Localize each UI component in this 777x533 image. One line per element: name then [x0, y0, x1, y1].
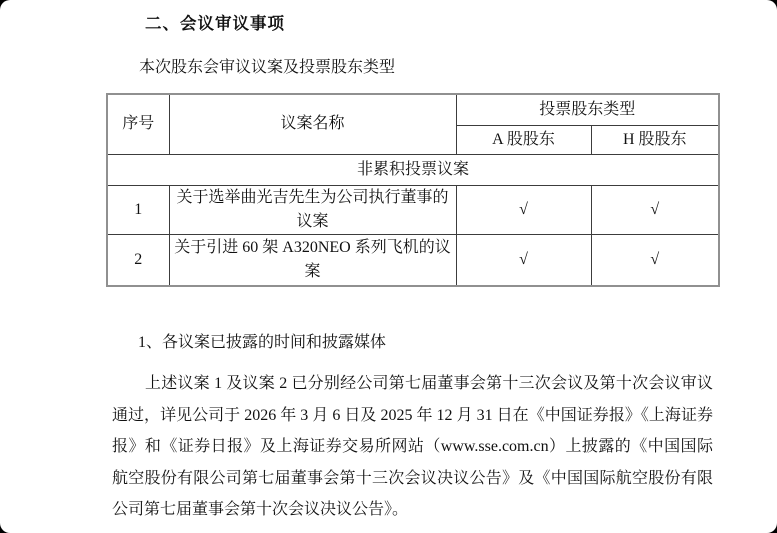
h-share-vote-cell: √	[591, 185, 719, 234]
proposals-table: 序号 议案名称 投票股东类型 A 股股东 H 股股东 非累积投票议案 1 关于选…	[106, 93, 720, 287]
document-page: 二、会议审议事项 本次股东会审议议案及投票股东类型 序号 议案名称 投票股东类型…	[0, 0, 777, 533]
disclosure-paragraph: 上述议案 1 及议案 2 已分别经公司第七届董事会第十三次会议及第十次会议审议通…	[112, 368, 713, 526]
h-share-column-header: H 股股东	[591, 125, 719, 154]
intro-text: 本次股东会审议议案及投票股东类型	[139, 53, 395, 76]
seq-cell: 2	[107, 234, 169, 286]
group-row: 非累积投票议案	[107, 154, 719, 185]
group-label: 非累积投票议案	[107, 154, 719, 185]
a-share-column-header: A 股股东	[456, 125, 591, 154]
section-heading: 二、会议审议事项	[145, 9, 285, 33]
h-share-vote-cell: √	[591, 234, 719, 286]
table-row: 2 关于引进 60 架 A320NEO 系列飞机的议案 √ √	[107, 234, 719, 286]
seq-cell: 1	[107, 185, 169, 234]
table-row: 1 关于选举曲光吉先生为公司执行董事的议案 √ √	[107, 185, 719, 234]
name-column-header: 议案名称	[169, 94, 456, 154]
a-share-vote-cell: √	[456, 185, 591, 234]
seq-column-header: 序号	[107, 94, 169, 154]
sub-heading: 1、各议案已披露的时间和披露媒体	[138, 330, 386, 351]
proposals-table-wrapper: 序号 议案名称 投票股东类型 A 股股东 H 股股东 非累积投票议案 1 关于选…	[106, 93, 718, 287]
proposal-name-cell: 关于选举曲光吉先生为公司执行董事的议案	[169, 185, 456, 234]
proposal-name-cell: 关于引进 60 架 A320NEO 系列飞机的议案	[169, 234, 456, 286]
a-share-vote-cell: √	[456, 234, 591, 286]
vote-type-column-header: 投票股东类型	[456, 94, 719, 125]
table-header-row-1: 序号 议案名称 投票股东类型	[107, 94, 719, 125]
